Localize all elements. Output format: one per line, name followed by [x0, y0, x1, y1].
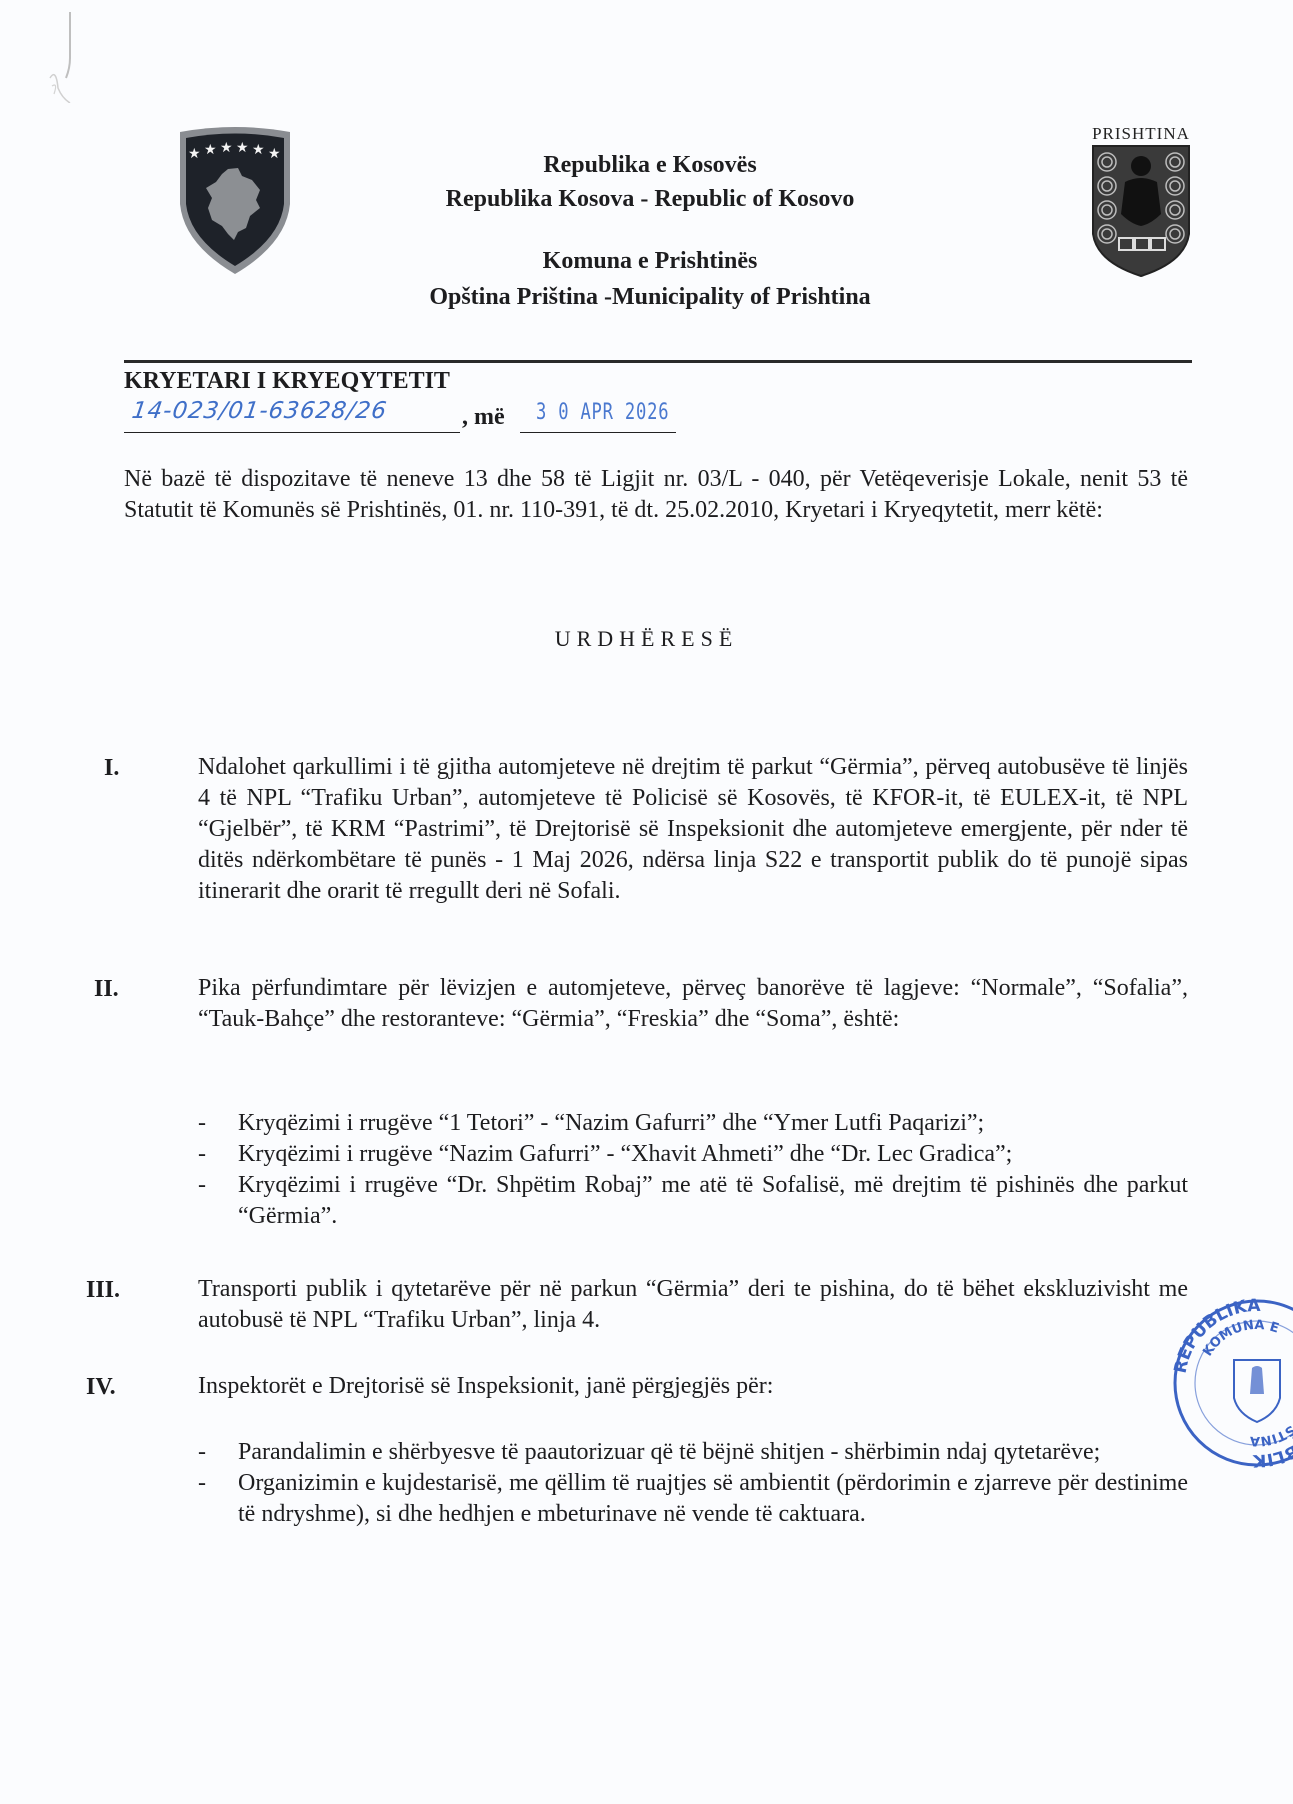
svg-text:★: ★ — [268, 146, 281, 162]
section-number: II. — [94, 976, 119, 1003]
list-item: Kryqëzimi i rrugëve “Dr. Shpëtim Robaj” … — [198, 1170, 1188, 1232]
header-divider — [124, 360, 1192, 363]
office-title: KRYETARI I KRYEQYTETIT — [124, 368, 450, 395]
section-text: Ndalohet qarkullimi i të gjitha automjet… — [198, 752, 1188, 907]
svg-text:★: ★ — [204, 142, 217, 158]
list-item: Kryqëzimi i rrugëve “Nazim Gafurri” - “X… — [198, 1139, 1188, 1170]
intro-paragraph: Në bazë të dispozitave të neneve 13 dhe … — [124, 464, 1188, 526]
header-municipality-multilingual: Opština Priština -Municipality of Prisht… — [300, 280, 1000, 314]
prishtina-coat-of-arms: PRISHTINA — [1088, 124, 1194, 284]
section-text: Pika përfundimtare për lëvizjen e automj… — [198, 973, 1188, 1035]
list-item: Organizimin e kujdestarisë, me qëllim të… — [198, 1468, 1188, 1530]
section-bullet-list: Parandalimin e shërbyesve të paautorizua… — [198, 1437, 1188, 1530]
header-country-sq: Republika e Kosovës — [300, 148, 1000, 182]
date-prefix: , më — [462, 404, 505, 431]
official-seal-stamp: REPUBLIKA KOMUNA E REPUBLIK OPŠTINA — [1172, 1298, 1293, 1468]
reference-number: 14-023/01-63628/26 — [130, 398, 389, 424]
prishtina-emblem-label: PRISHTINA — [1088, 124, 1194, 144]
document-title: URDHËRESË — [0, 626, 1293, 652]
list-item: Parandalimin e shërbyesve të paautorizua… — [198, 1437, 1188, 1468]
kosovo-coat-of-arms-icon: ★★★ ★★★ — [176, 124, 294, 276]
section-number: I. — [104, 755, 119, 782]
svg-text:★: ★ — [252, 142, 265, 158]
handwritten-mark — [40, 8, 80, 103]
svg-text:★: ★ — [220, 140, 233, 156]
header-municipality-sq: Komuna e Prishtinës — [300, 244, 1000, 278]
prishtina-shield-icon — [1091, 144, 1191, 278]
section-bullet-list: Kryqëzimi i rrugëve “1 Tetori” - “Nazim … — [198, 1108, 1188, 1232]
section-number: III. — [86, 1277, 120, 1304]
date-stamp: 3 0 APR 2026 — [536, 400, 669, 425]
section-text: Inspektorët e Drejtorisë së Inspeksionit… — [198, 1371, 1188, 1402]
section-number: IV. — [86, 1374, 116, 1401]
section-text: Transporti publik i qytetarëve për në pa… — [198, 1274, 1188, 1336]
header-country-multilingual: Republika Kosova - Republic of Kosovo — [300, 182, 1000, 216]
svg-text:★: ★ — [188, 146, 201, 162]
svg-text:★: ★ — [236, 140, 249, 156]
list-item: Kryqëzimi i rrugëve “1 Tetori” - “Nazim … — [198, 1108, 1188, 1139]
